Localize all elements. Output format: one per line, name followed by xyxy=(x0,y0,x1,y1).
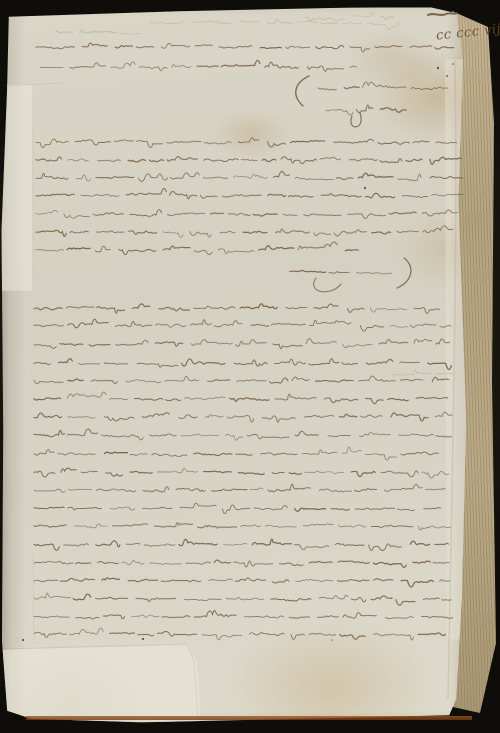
script-line xyxy=(198,526,237,528)
script-line xyxy=(34,325,63,327)
script-line xyxy=(152,453,187,456)
script-line xyxy=(97,307,125,313)
script-line xyxy=(192,21,230,23)
script-line xyxy=(296,579,333,581)
script-line xyxy=(355,488,377,491)
script-line xyxy=(95,246,110,252)
script-line xyxy=(392,370,432,375)
script-line xyxy=(68,507,102,510)
ink-dots xyxy=(22,63,454,641)
script-line xyxy=(176,488,205,491)
script-line xyxy=(345,250,358,251)
script-line xyxy=(396,600,415,606)
script-line xyxy=(321,23,337,24)
script-line xyxy=(283,214,297,216)
script-line xyxy=(430,177,463,179)
script-line xyxy=(204,471,232,472)
script-line xyxy=(252,539,291,545)
script-line xyxy=(366,398,383,403)
script-line xyxy=(338,580,369,582)
script-line xyxy=(410,46,432,48)
script-line xyxy=(365,193,394,198)
script-line xyxy=(234,174,268,178)
script-line xyxy=(130,454,147,456)
script-line xyxy=(34,413,62,418)
script-line xyxy=(339,414,357,417)
script-line xyxy=(305,471,344,473)
script-line xyxy=(385,485,423,492)
script-line xyxy=(167,141,201,143)
script-line xyxy=(240,304,277,309)
handwriting-layer xyxy=(0,0,500,733)
subscription-paren-open xyxy=(296,76,309,106)
script-line xyxy=(150,434,176,436)
script-line xyxy=(410,541,429,545)
script-line xyxy=(143,487,169,492)
script-line xyxy=(101,435,143,440)
script-line xyxy=(416,397,448,398)
script-line xyxy=(243,231,267,233)
script-line xyxy=(103,615,124,619)
script-line xyxy=(351,597,366,602)
script-line xyxy=(34,525,66,527)
script-line xyxy=(368,23,400,30)
script-line xyxy=(136,47,153,48)
subscription-descender-loop xyxy=(351,113,361,127)
script-line xyxy=(34,580,58,582)
script-line xyxy=(165,399,181,401)
script-line xyxy=(378,142,409,144)
script-line xyxy=(273,344,303,349)
script-line xyxy=(171,173,200,179)
script-line xyxy=(68,417,95,419)
script-line xyxy=(254,505,287,509)
script-line xyxy=(139,174,168,182)
script-line xyxy=(397,509,415,511)
script-line xyxy=(381,16,394,19)
script-line xyxy=(36,47,74,49)
script-line xyxy=(220,231,235,232)
script-line xyxy=(120,33,141,35)
script-line xyxy=(226,598,264,600)
script-line xyxy=(357,272,392,274)
script-line xyxy=(424,508,441,509)
script-line xyxy=(414,308,440,314)
script-line xyxy=(320,489,352,492)
script-line xyxy=(316,45,344,48)
script-line xyxy=(309,634,336,636)
script-line xyxy=(372,232,391,234)
script-line xyxy=(305,17,344,22)
script-line xyxy=(349,159,377,161)
script-line xyxy=(360,326,384,332)
script-line xyxy=(190,320,211,326)
script-line xyxy=(36,211,58,215)
script-line xyxy=(294,545,329,550)
script-line xyxy=(272,580,289,583)
script-line xyxy=(363,82,406,88)
script-line xyxy=(237,380,267,382)
script-line xyxy=(228,213,250,215)
script-line xyxy=(159,307,190,311)
script-line xyxy=(268,142,286,148)
script-line xyxy=(55,31,72,33)
script-line xyxy=(286,46,310,48)
script-line xyxy=(251,324,269,326)
script-line xyxy=(234,561,273,567)
script-line xyxy=(343,344,372,347)
script-line xyxy=(440,326,451,327)
script-line xyxy=(144,544,175,546)
script-line xyxy=(314,304,339,309)
script-line xyxy=(191,340,232,346)
script-line xyxy=(129,231,157,234)
script-line xyxy=(350,47,370,52)
script-line xyxy=(350,66,357,67)
script-line xyxy=(413,141,429,143)
script-line xyxy=(222,505,249,514)
script-line xyxy=(170,191,197,198)
script-line xyxy=(436,373,453,374)
script-line xyxy=(319,595,347,599)
script-line xyxy=(261,453,298,455)
script-line xyxy=(271,599,311,601)
script-line xyxy=(374,579,393,581)
script-line xyxy=(304,214,341,216)
script-line xyxy=(302,450,337,455)
script-line xyxy=(265,525,296,527)
script-line xyxy=(280,563,304,565)
script-line xyxy=(34,561,73,564)
script-line xyxy=(67,429,97,436)
script-line xyxy=(203,177,227,178)
script-line xyxy=(155,342,182,346)
script-line xyxy=(130,210,162,217)
script-line xyxy=(158,469,198,473)
script-line xyxy=(272,323,306,325)
script-line xyxy=(433,562,449,563)
script-line xyxy=(60,344,83,346)
script-line xyxy=(204,159,239,162)
script-line xyxy=(334,230,366,236)
script-line xyxy=(380,108,406,113)
script-line xyxy=(161,580,201,582)
script-line xyxy=(241,525,260,527)
script-line xyxy=(381,471,418,477)
script-line xyxy=(150,563,182,565)
script-line xyxy=(298,21,318,23)
script-line xyxy=(93,212,123,215)
script-line xyxy=(142,507,172,509)
script-line xyxy=(391,413,428,421)
script-line xyxy=(76,563,91,564)
script-line xyxy=(122,560,144,564)
script-line xyxy=(70,63,105,68)
script-line xyxy=(64,214,90,218)
script-line xyxy=(374,634,414,640)
script-line xyxy=(400,362,419,363)
script-line xyxy=(348,308,365,312)
script-line xyxy=(435,412,452,417)
script-line xyxy=(236,454,253,455)
script-line xyxy=(262,159,276,161)
script-line xyxy=(136,598,176,602)
script-line xyxy=(316,380,354,382)
script-line xyxy=(195,45,212,46)
script-line xyxy=(334,139,374,143)
script-line xyxy=(430,157,462,164)
script-line xyxy=(114,140,133,142)
script-line xyxy=(155,324,186,327)
script-line xyxy=(126,188,166,195)
script-line xyxy=(60,578,94,581)
script-line xyxy=(111,62,135,68)
script-line xyxy=(291,141,325,143)
script-line xyxy=(401,379,424,381)
script-line xyxy=(331,509,349,511)
script-line xyxy=(167,157,197,161)
script-line xyxy=(74,524,107,528)
script-line xyxy=(219,46,252,48)
script-line xyxy=(361,415,382,417)
script-line xyxy=(36,250,64,252)
script-line xyxy=(119,249,156,254)
script-line xyxy=(238,473,264,475)
script-line xyxy=(104,416,134,421)
script-line xyxy=(303,524,333,526)
script-line xyxy=(211,213,224,214)
script-line xyxy=(260,47,281,48)
script-line xyxy=(309,562,332,563)
script-line xyxy=(34,632,66,637)
script-line xyxy=(309,359,339,365)
script-line xyxy=(355,508,394,509)
script-line xyxy=(181,434,219,436)
script-line xyxy=(179,539,217,545)
script-line xyxy=(150,22,183,24)
script-line xyxy=(202,634,242,640)
script-line xyxy=(162,616,190,618)
script-line xyxy=(34,471,55,477)
script-line xyxy=(34,507,64,509)
script-line xyxy=(226,434,243,440)
script-line xyxy=(128,160,145,162)
script-line xyxy=(132,615,159,617)
script-line xyxy=(423,226,453,233)
script-line xyxy=(326,110,353,116)
signoff-paren-close xyxy=(397,258,411,288)
script-line xyxy=(96,541,120,547)
script-line xyxy=(435,47,454,49)
script-line xyxy=(115,46,132,48)
script-line xyxy=(336,178,353,180)
script-line xyxy=(209,579,233,581)
script-line xyxy=(295,508,326,511)
script-line xyxy=(212,489,247,491)
script-line xyxy=(371,596,392,600)
script-line xyxy=(238,138,259,143)
script-line xyxy=(398,174,421,181)
script-line xyxy=(139,67,167,71)
script-line xyxy=(305,416,334,418)
script-line xyxy=(397,231,418,233)
script-line xyxy=(274,171,290,177)
script-line xyxy=(426,488,445,489)
script-line xyxy=(34,430,65,436)
script-line xyxy=(418,526,450,530)
script-line xyxy=(401,580,433,587)
script-line xyxy=(289,617,309,618)
script-line xyxy=(428,363,452,370)
script-line xyxy=(369,544,402,551)
script-line xyxy=(436,142,457,144)
script-line xyxy=(328,435,350,436)
script-line xyxy=(142,413,169,418)
script-line xyxy=(128,579,158,581)
script-line xyxy=(250,488,263,490)
script-line xyxy=(70,628,104,635)
script-line xyxy=(208,380,230,382)
script-line xyxy=(185,397,226,400)
script-line xyxy=(91,380,117,384)
script-line xyxy=(342,447,361,454)
script-line xyxy=(325,398,358,403)
script-line xyxy=(402,196,428,198)
script-line xyxy=(370,308,407,313)
script-line xyxy=(223,195,262,197)
script-line xyxy=(390,326,408,328)
script-line xyxy=(34,345,56,349)
script-line xyxy=(432,194,465,196)
script-line xyxy=(59,359,73,363)
script-line xyxy=(96,597,128,599)
script-line xyxy=(253,214,277,216)
script-line xyxy=(338,561,369,563)
script-line xyxy=(34,308,62,310)
signoff-underflourish xyxy=(314,278,341,292)
script-line xyxy=(227,416,254,423)
script-line xyxy=(358,376,395,381)
script-line xyxy=(34,544,59,550)
script-line xyxy=(126,543,140,544)
script-line xyxy=(98,160,121,162)
script-line xyxy=(418,633,445,635)
script-line xyxy=(292,377,309,381)
script-line xyxy=(116,321,152,326)
script-line xyxy=(98,561,119,563)
script-line xyxy=(268,484,310,492)
script-line xyxy=(436,436,451,437)
script-line xyxy=(61,468,77,472)
script-line xyxy=(268,20,293,24)
script-line xyxy=(290,271,326,273)
script-line xyxy=(221,61,260,67)
script-line xyxy=(421,616,452,618)
script-line xyxy=(371,525,413,527)
script-line xyxy=(34,380,63,384)
script-line xyxy=(130,471,152,473)
script-line xyxy=(68,489,91,490)
script-line xyxy=(194,306,235,309)
script-line xyxy=(36,230,66,236)
script-line xyxy=(36,139,69,148)
patch-seams xyxy=(2,60,456,719)
script-line xyxy=(422,471,449,478)
script-line xyxy=(58,453,95,455)
script-line xyxy=(205,415,223,418)
script-line xyxy=(182,359,225,366)
script-line xyxy=(269,378,288,383)
script-line xyxy=(197,66,218,67)
script-line xyxy=(440,580,450,581)
folio-squiggle-mark xyxy=(428,13,457,15)
script-line xyxy=(314,233,331,236)
script-line xyxy=(224,543,248,545)
script-line xyxy=(67,248,90,250)
script-line xyxy=(308,66,344,71)
script-line xyxy=(102,578,120,580)
script-line xyxy=(240,20,259,23)
script-line xyxy=(64,544,88,546)
script-line xyxy=(401,452,438,455)
script-line xyxy=(241,160,257,161)
script-line xyxy=(367,359,393,364)
script-line xyxy=(435,543,449,544)
script-line xyxy=(244,616,284,618)
script-line xyxy=(34,450,54,455)
script-line xyxy=(295,431,319,436)
script-line xyxy=(414,339,432,343)
flourish-marks xyxy=(296,13,457,292)
script-line xyxy=(249,633,284,636)
script-line xyxy=(406,159,422,161)
script-line xyxy=(365,454,396,460)
script-line xyxy=(36,194,74,196)
script-line xyxy=(214,560,230,563)
script-line xyxy=(268,194,286,196)
script-line xyxy=(281,157,316,164)
script-line xyxy=(167,213,204,216)
script-line xyxy=(436,339,450,344)
script-line xyxy=(96,177,134,179)
script-line xyxy=(179,415,197,419)
script-line xyxy=(185,599,221,601)
script-line xyxy=(110,633,135,634)
script-line xyxy=(360,432,391,436)
script-line xyxy=(432,377,449,382)
script-line xyxy=(186,562,211,564)
script-line xyxy=(194,453,232,455)
script-line xyxy=(413,561,431,563)
script-line xyxy=(96,489,135,492)
script-line xyxy=(180,503,216,508)
script-line xyxy=(259,246,294,250)
script-line xyxy=(340,635,366,640)
script-line xyxy=(389,212,416,214)
script-line xyxy=(358,173,393,178)
script-line xyxy=(399,434,434,436)
script-line xyxy=(110,507,134,510)
script-line xyxy=(236,578,266,581)
script-line xyxy=(309,320,351,325)
script-line xyxy=(298,242,337,250)
script-line xyxy=(335,543,364,545)
script-line xyxy=(343,613,376,618)
script-line xyxy=(172,65,191,68)
script-line xyxy=(34,398,60,400)
script-line xyxy=(194,611,236,617)
script-line xyxy=(291,634,305,639)
